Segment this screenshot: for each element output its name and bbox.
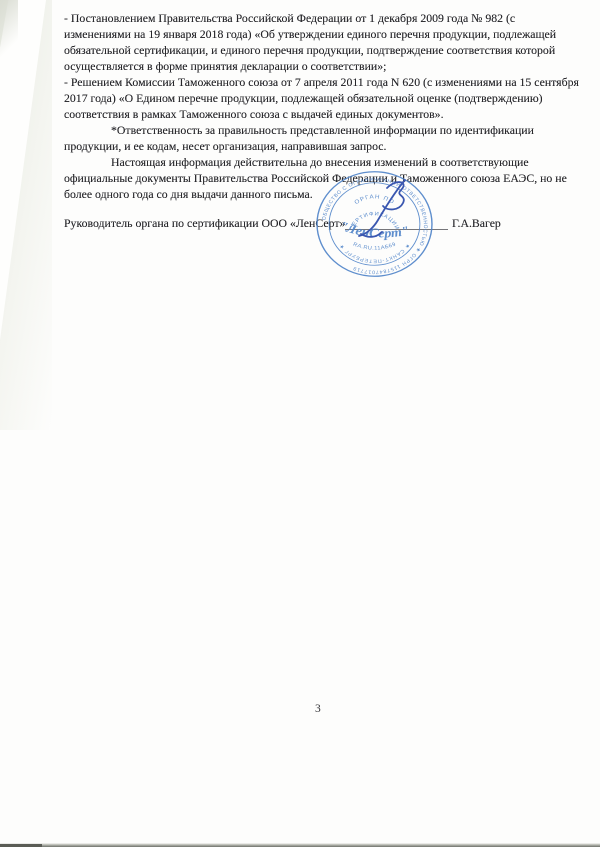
text-line: изменениями на 19 января 2018 года) «Об … (64, 26, 596, 42)
signature-label: Руководитель органа по сертификации ООО … (64, 216, 345, 231)
text-line: *Ответственность за правильность предста… (64, 122, 596, 138)
scan-bottom-edge (0, 843, 600, 847)
text-line: обязательной сертификации, и единого пер… (64, 42, 596, 58)
text-line: осуществляется в форме принятия декларац… (64, 58, 596, 74)
handwritten-signature (347, 176, 429, 246)
scanned-document-page: - Постановлением Правительства Российско… (0, 0, 600, 847)
text-line: - Решением Комиссии Таможенного союза от… (64, 74, 596, 90)
signatory-name: Г.А.Вагер (452, 216, 501, 231)
page-number: 3 (315, 703, 321, 715)
text-line: продукции, и ее кодам, несет организация… (64, 138, 596, 154)
text-line: - Постановлением Правительства Российско… (64, 10, 596, 26)
text-line: соответствия в рамках Таможенного союза … (64, 106, 596, 122)
text-line: Настоящая информация действительна до вн… (64, 154, 596, 170)
text-line: 2017 года) «О Едином перечне продукции, … (64, 90, 596, 106)
scan-corner-shadow (0, 0, 18, 60)
